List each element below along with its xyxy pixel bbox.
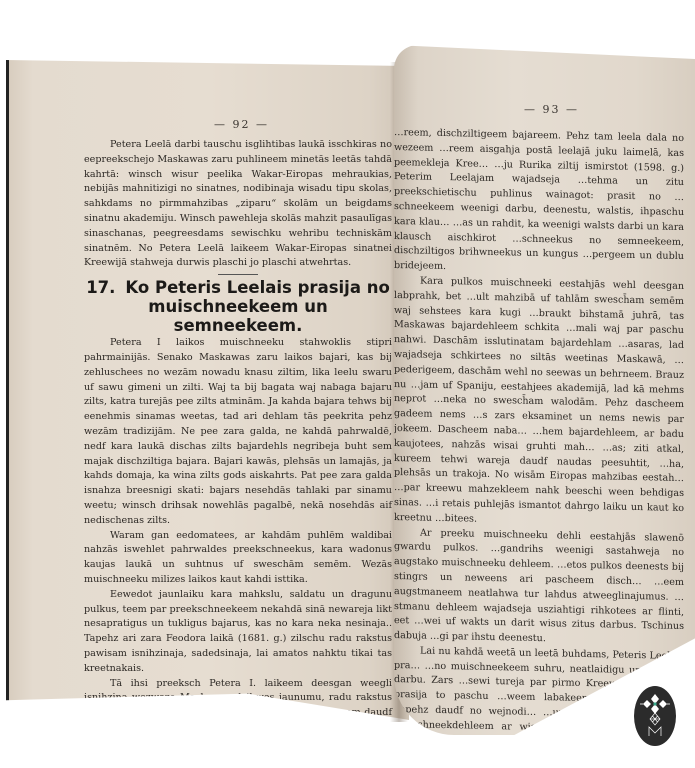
folk-ornament-icon — [634, 686, 676, 746]
paragraph: Tā ihsi preeksch Petera I. laikeem deesg… — [84, 677, 392, 721]
paragraph: Waram gan eedomatees, ar kahdām puhlēm w… — [84, 529, 392, 588]
right-page-text: …reem, dischziltigeem bajareem. Pehz tam… — [394, 126, 684, 735]
section-divider — [218, 274, 258, 275]
left-page: — 92 — Petera Leelā darbi tauschu isglih… — [6, 60, 409, 720]
left-page-text: Petera Leelā darbi tauschu isglihtibas l… — [84, 138, 392, 720]
section-title: Ko Peteris Leelais prasija no muischneek… — [125, 278, 389, 335]
paragraph: Petera I laikos muischneeku stahwoklis s… — [84, 336, 392, 528]
paragraph: Kara pulkos muischneeki eestahjās wehl d… — [394, 274, 684, 532]
section-number: 17. — [86, 278, 115, 297]
paragraph: Petera Leelā darbi tauschu isglihtibas l… — [84, 138, 392, 271]
paragraph: Eewedot jaunlaiku kara mahkslu, saldatu … — [84, 588, 392, 677]
page-number-right: — 93 — — [524, 103, 579, 116]
watermark-logo — [634, 686, 676, 746]
paragraph: Ar preeku muischneeku dehli eestahjās sl… — [394, 525, 684, 649]
paragraph: …reem, dischziltigeem bajareem. Pehz tam… — [394, 126, 684, 280]
right-page: — 93 — …reem, dischziltigeem bajareem. P… — [394, 45, 695, 735]
section-heading: 17.Ko Peteris Leelais prasija no muischn… — [84, 278, 392, 335]
page-number-left: — 92 — — [214, 118, 269, 131]
